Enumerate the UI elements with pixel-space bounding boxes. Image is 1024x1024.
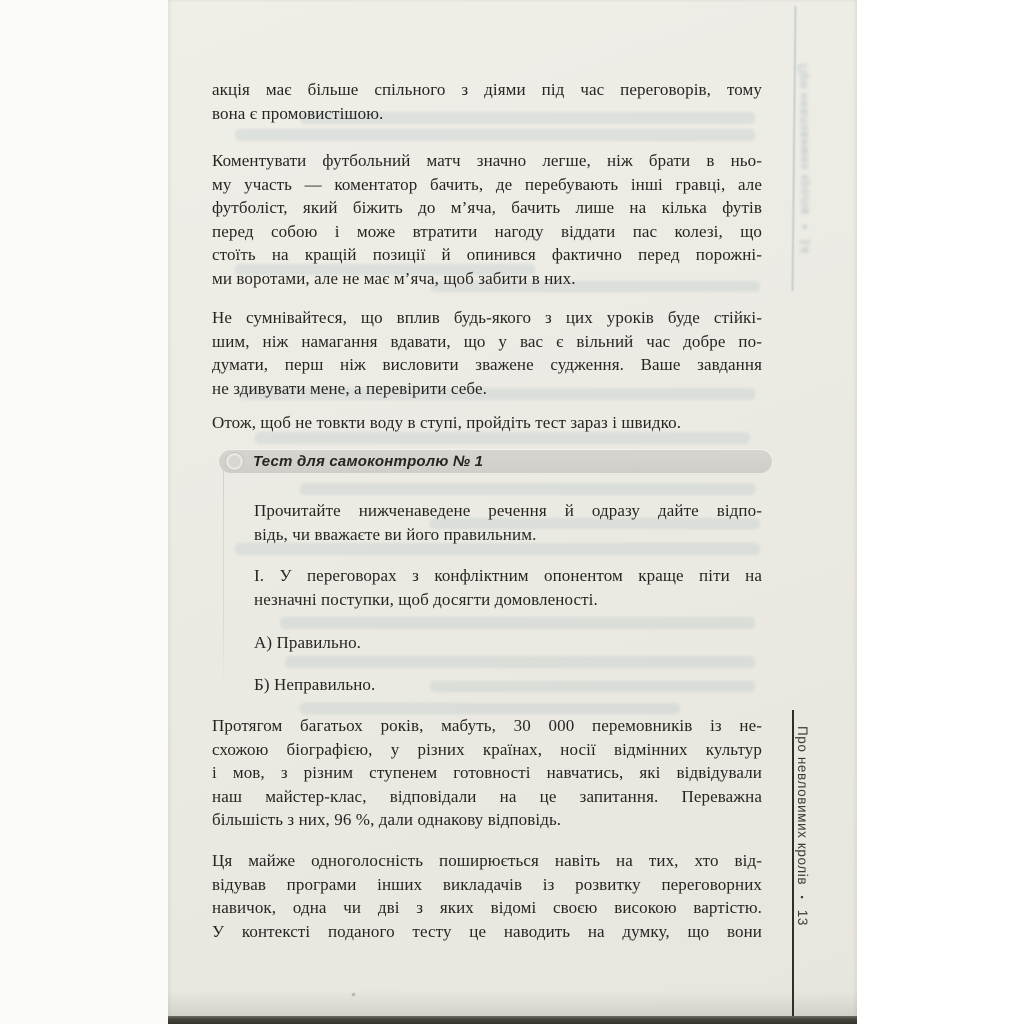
showthrough-ghost-line <box>300 483 755 495</box>
showthrough-ghost-line <box>285 656 755 668</box>
test-header-bar: Тест для самоконтролю № 1 <box>219 450 772 473</box>
paper-speck <box>352 993 355 996</box>
test-title: Тест для самоконтролю № 1 <box>253 450 483 473</box>
showthrough-running-header: Про невловимих кролів ▪ 14 <box>796 64 812 284</box>
bullet-separator-icon: ▪ <box>797 892 807 903</box>
book-photo-canvas: Про невловимих кролів ▪ 14 акція має біл… <box>0 0 1024 1024</box>
showthrough-ghost-line <box>300 703 680 714</box>
test-option-b: Б) Неправильно. <box>254 673 762 697</box>
page-bottom-edge <box>168 1016 857 1024</box>
running-footer-vertical: Про невловимих кролів▪13 <box>795 726 810 1006</box>
test-question: І. У переговорах з конфліктним опонентом… <box>254 564 762 611</box>
showthrough-ghost-line <box>235 129 755 141</box>
body-paragraph-2: Коментувати футбольний матч значно легше… <box>212 149 762 290</box>
test-option-a: А) Правильно. <box>254 631 762 655</box>
page-number: 13 <box>795 910 810 926</box>
book-page: Про невловимих кролів ▪ 14 акція має біл… <box>168 0 857 1024</box>
body-paragraph-5: Протягом багатьох років, мабуть, 30 000 … <box>212 714 762 832</box>
test-intro: Прочитайте нижченаведене речення й одраз… <box>254 499 762 546</box>
circle-bullet-icon <box>225 452 244 471</box>
body-paragraph-1: акція має більше спільного з діями під ч… <box>212 78 762 125</box>
body-paragraph-4: Отож, щоб не товкти воду в ступі, пройді… <box>212 411 762 435</box>
showthrough-ghost-line <box>280 617 755 629</box>
test-box-left-border <box>223 470 224 686</box>
body-paragraph-3: Не сумнівайтеся, що вплив будь-якого з ц… <box>212 306 762 400</box>
scan-white-margin <box>857 0 1024 1024</box>
body-paragraph-6: Ця майже одноголосність поширюється наві… <box>212 849 762 943</box>
margin-rule <box>792 710 794 1016</box>
running-title: Про невловимих кролів <box>795 726 810 885</box>
